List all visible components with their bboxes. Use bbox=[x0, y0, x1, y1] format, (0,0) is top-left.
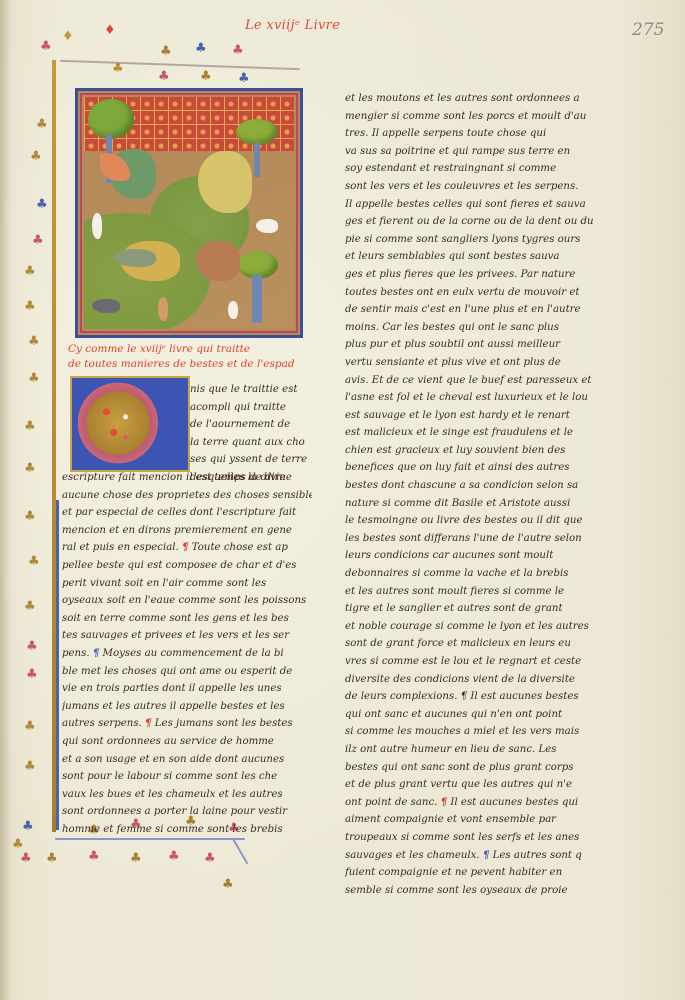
ivy-leaf-icon: ♣ bbox=[112, 62, 124, 75]
manuscript-page: Le xviijᵉ Livre 275 ♣ ♦ ♦ ♣ ♣ ♣ ♣ ♣ ♣ ♣ … bbox=[0, 0, 685, 1000]
text-line: ble met les choses qui ont ame ou esperi… bbox=[62, 663, 312, 681]
ivy-leaf-icon: ♣ bbox=[24, 300, 36, 313]
text-line: pens. ¶ Moyses au commencement de la bi bbox=[62, 645, 312, 663]
text-line: leurs condicions car aucunes sont moult bbox=[345, 547, 600, 565]
bottom-vine-tail bbox=[232, 838, 249, 865]
text-line: ral et puis en especial. ¶ Toute chose e… bbox=[62, 539, 312, 557]
text-line: vaux les bues et les chameulx et les aut… bbox=[62, 786, 312, 804]
ivy-leaf-icon: ♣ bbox=[160, 45, 172, 58]
text-line: sont ordonnees a porter la laine pour ve… bbox=[62, 803, 312, 821]
ivy-leaf-icon: ♣ bbox=[222, 878, 234, 891]
beast-wing bbox=[114, 249, 156, 267]
ivy-leaf-icon: ♣ bbox=[36, 198, 48, 211]
text-line: mengier si comme sont les porcs et moult… bbox=[345, 108, 600, 126]
ivy-leaf-icon: ♣ bbox=[24, 760, 36, 773]
ivy-leaf-icon: ♣ bbox=[28, 372, 40, 385]
text-line: troupeaux si comme sont les serfs et les… bbox=[345, 829, 600, 847]
ivy-leaf-icon: ♣ bbox=[22, 820, 34, 833]
ivy-leaf-icon: ♣ bbox=[195, 42, 207, 55]
ivy-leaf-icon: ♣ bbox=[46, 852, 58, 865]
paragraph-mark-icon: ¶ bbox=[93, 647, 99, 659]
text-line: de l'aournement de bbox=[190, 416, 312, 434]
ivy-leaf-icon: ♣ bbox=[24, 720, 36, 733]
text-line: sont pour le labour si comme sont les ch… bbox=[62, 768, 312, 786]
text-line: chien est gracieux et luy souvient bien … bbox=[345, 442, 600, 460]
white-hare bbox=[256, 219, 278, 233]
text-line: ont point de sanc. ¶ Il est aucunes best… bbox=[345, 794, 600, 812]
text-line: nis que le traittie est bbox=[190, 381, 312, 399]
text-line: diversite des condicions vient de la div… bbox=[345, 671, 600, 689]
miniature-beasts-and-dragons bbox=[75, 88, 303, 338]
text-line: les bestes sont differans l'une de l'aut… bbox=[345, 530, 600, 548]
text-line: tres. Il appelle serpens toute chose qui bbox=[345, 125, 600, 143]
ivy-leaf-icon: ♣ bbox=[28, 335, 40, 348]
text-line: et les autres sont moult fieres si comme… bbox=[345, 583, 600, 601]
paragraph-mark-icon: ¶ bbox=[182, 541, 188, 553]
text-line: vie en trois parties dont il appelle les… bbox=[62, 680, 312, 698]
ivy-leaf-icon: ♣ bbox=[130, 852, 142, 865]
text-line: sauvages et les chameulx. ¶ Les autres s… bbox=[345, 847, 600, 865]
text-line: l'asne est fol et le cheval est luxurieu… bbox=[345, 389, 600, 407]
decorated-initial-d bbox=[70, 376, 190, 472]
text-line: toutes bestes ont en eulx vertu de mouvo… bbox=[345, 284, 600, 302]
ivy-leaf-icon: ♣ bbox=[24, 462, 36, 475]
text-line: va sus sa poitrine et qui rampe sus terr… bbox=[345, 143, 600, 161]
text-line: debonnaires si comme la vache et la breb… bbox=[345, 565, 600, 583]
text-line: ilz ont autre humeur en lieu de sanc. Le… bbox=[345, 741, 600, 759]
text-line: benefices que on luy fait et ainsi des a… bbox=[345, 459, 600, 477]
text-line: et leurs semblables qui sont bestes sauv… bbox=[345, 248, 600, 266]
text-line: bestes dont chascune a sa condicion selo… bbox=[345, 477, 600, 495]
text-line: et de plus grant vertu que les autres qu… bbox=[345, 776, 600, 794]
white-hare bbox=[92, 213, 102, 239]
text-line: avis. Et de ce vient que le buef est par… bbox=[345, 372, 600, 390]
initial-foliage bbox=[92, 396, 140, 448]
text-line: soit en terre comme sont les gens et les… bbox=[62, 610, 312, 628]
brown-dragon bbox=[196, 241, 240, 281]
text-line: Il appelle bestes celles qui sont fieres… bbox=[345, 196, 600, 214]
ivy-leaf-icon: ♣ bbox=[24, 265, 36, 278]
text-line: sont les vers et les couleuvres et les s… bbox=[345, 178, 600, 196]
paragraph-mark-icon: ¶ bbox=[145, 717, 151, 729]
text-line: nature si comme dit Basile et Aristote a… bbox=[345, 495, 600, 513]
ivy-leaf-icon: ♣ bbox=[40, 40, 52, 53]
ivy-leaf-icon: ♣ bbox=[24, 420, 36, 433]
ivy-leaf-icon: ♣ bbox=[238, 72, 250, 85]
yellow-dragon bbox=[198, 151, 252, 213]
text-line: ges et plus fieres que les privees. Par … bbox=[345, 266, 600, 284]
ivy-leaf-icon: ♣ bbox=[36, 118, 48, 131]
paragraph-mark-icon: ¶ bbox=[483, 849, 489, 861]
text-line: autres serpens. ¶ Les jumans sont les be… bbox=[62, 715, 312, 733]
blue-border-bar bbox=[56, 500, 59, 830]
ivy-leaf-icon: ♣ bbox=[28, 555, 40, 568]
text-line: ges et fierent ou de la corne ou de la d… bbox=[345, 213, 600, 231]
text-line: est malicieux et le singe est fraudulens… bbox=[345, 424, 600, 442]
text-line: acompli qui traitte bbox=[190, 399, 312, 417]
ivy-leaf-icon: ♣ bbox=[168, 850, 180, 863]
small-figure bbox=[158, 297, 168, 321]
text-line: plus pur et plus soubtil ont aussi meill… bbox=[345, 336, 600, 354]
right-column-text: et les moutons et les autres sont ordonn… bbox=[345, 90, 600, 899]
text-line: et les moutons et les autres sont ordonn… bbox=[345, 90, 600, 108]
ivy-leaf-icon: ♦ bbox=[62, 30, 74, 43]
text-line: bestes qui ont sanc sont de plus grant c… bbox=[345, 759, 600, 777]
text-line: soy estendant et restraingnant si comme bbox=[345, 160, 600, 178]
text-line: et a son usage et en son aide dont aucun… bbox=[62, 751, 312, 769]
ivy-leaf-icon: ♣ bbox=[158, 70, 170, 83]
running-head: Le xviijᵉ Livre bbox=[245, 18, 340, 33]
ivy-leaf-icon: ♣ bbox=[24, 600, 36, 613]
text-line: sont de grant force et malicieux en leur… bbox=[345, 635, 600, 653]
text-line: pellee beste qui est composee de char et… bbox=[62, 557, 312, 575]
left-column-text: escripture fait mencion il est temps de … bbox=[62, 469, 312, 838]
ivy-leaf-icon: ♣ bbox=[232, 44, 244, 57]
text-line: qui sont ordonnees au service de homme bbox=[62, 733, 312, 751]
text-line: semble si comme sont les oyseaux de proi… bbox=[345, 882, 600, 900]
text-line: est sauvage et le lyon est hardy et le r… bbox=[345, 407, 600, 425]
paragraph-mark-icon: ¶ bbox=[441, 796, 447, 808]
ivy-leaf-icon: ♦ bbox=[104, 24, 116, 37]
text-line: vres si comme est le lou et le regnart e… bbox=[345, 653, 600, 671]
ivy-leaf-icon: ♣ bbox=[24, 510, 36, 523]
ivy-leaf-icon: ♣ bbox=[30, 150, 42, 163]
text-line: ses qui yssent de terre bbox=[190, 451, 312, 469]
text-line: tigre et le sanglier et autres sont de g… bbox=[345, 600, 600, 618]
ivy-leaf-icon: ♣ bbox=[26, 668, 38, 681]
text-line: aucune chose des proprietes des choses s… bbox=[62, 487, 312, 505]
ivy-leaf-icon: ♣ bbox=[200, 70, 212, 83]
text-line: de leurs complexions. ¶ Il est aucunes b… bbox=[345, 688, 600, 706]
text-line: tes sauvages et privees et les vers et l… bbox=[62, 627, 312, 645]
text-line: et par especial de celles dont l'escript… bbox=[62, 504, 312, 522]
ivy-leaf-icon: ♣ bbox=[32, 234, 44, 247]
top-vine-branch bbox=[60, 60, 300, 70]
ivy-leaf-icon: ♣ bbox=[88, 850, 100, 863]
text-line: la terre quant aux cho bbox=[190, 434, 312, 452]
text-line: vertu sensiante et plus vive et ont plus… bbox=[345, 354, 600, 372]
text-line: si comme les mouches a miel et les vers … bbox=[345, 723, 600, 741]
text-line: et noble courage si comme le lyon et les… bbox=[345, 618, 600, 636]
text-line: escripture fait mencion il est temps de … bbox=[62, 469, 312, 487]
ivy-leaf-icon: ♣ bbox=[12, 838, 24, 851]
text-line: le tesmoingne ou livre des bestes ou il … bbox=[345, 512, 600, 530]
text-line: fuient compaignie et ne pevent habiter e… bbox=[345, 864, 600, 882]
ivy-leaf-icon: ♣ bbox=[204, 852, 216, 865]
gutter-shadow bbox=[0, 0, 10, 1000]
text-line: moins. Car les bestes qui ont le sanc pl… bbox=[345, 319, 600, 337]
folio-number: 275 bbox=[632, 20, 664, 40]
text-line: de sentir mais c'est en l'une plus et en… bbox=[345, 301, 600, 319]
rubric-line: de toutes manieres de bestes et de l'esp… bbox=[68, 357, 318, 372]
text-line: mencion et en dirons premierement en gen… bbox=[62, 522, 312, 540]
text-line: qui ont sanc et aucunes qui n'en ont poi… bbox=[345, 706, 600, 724]
chapter-rubric: Cy comme le xviijᵉ livre qui traitte de … bbox=[68, 342, 318, 372]
rubric-line: Cy comme le xviijᵉ livre qui traitte bbox=[68, 342, 318, 357]
grey-hedgehog bbox=[92, 299, 120, 313]
text-line: aiment compaignie et vont ensemble par bbox=[345, 811, 600, 829]
ivy-leaf-icon: ♣ bbox=[20, 852, 32, 865]
text-line: oyseaux soit en l'eaue comme sont les po… bbox=[62, 592, 312, 610]
text-line: pie si comme sont sangliers lyons tygres… bbox=[345, 231, 600, 249]
ivy-leaf-icon: ♣ bbox=[26, 640, 38, 653]
text-line: perit vivant soit en l'air comme sont le… bbox=[62, 575, 312, 593]
text-line: homme et femme si comme sont les brebis bbox=[62, 821, 312, 839]
white-hare bbox=[228, 301, 238, 319]
text-line: jumans et les autres il appelle bestes e… bbox=[62, 698, 312, 716]
